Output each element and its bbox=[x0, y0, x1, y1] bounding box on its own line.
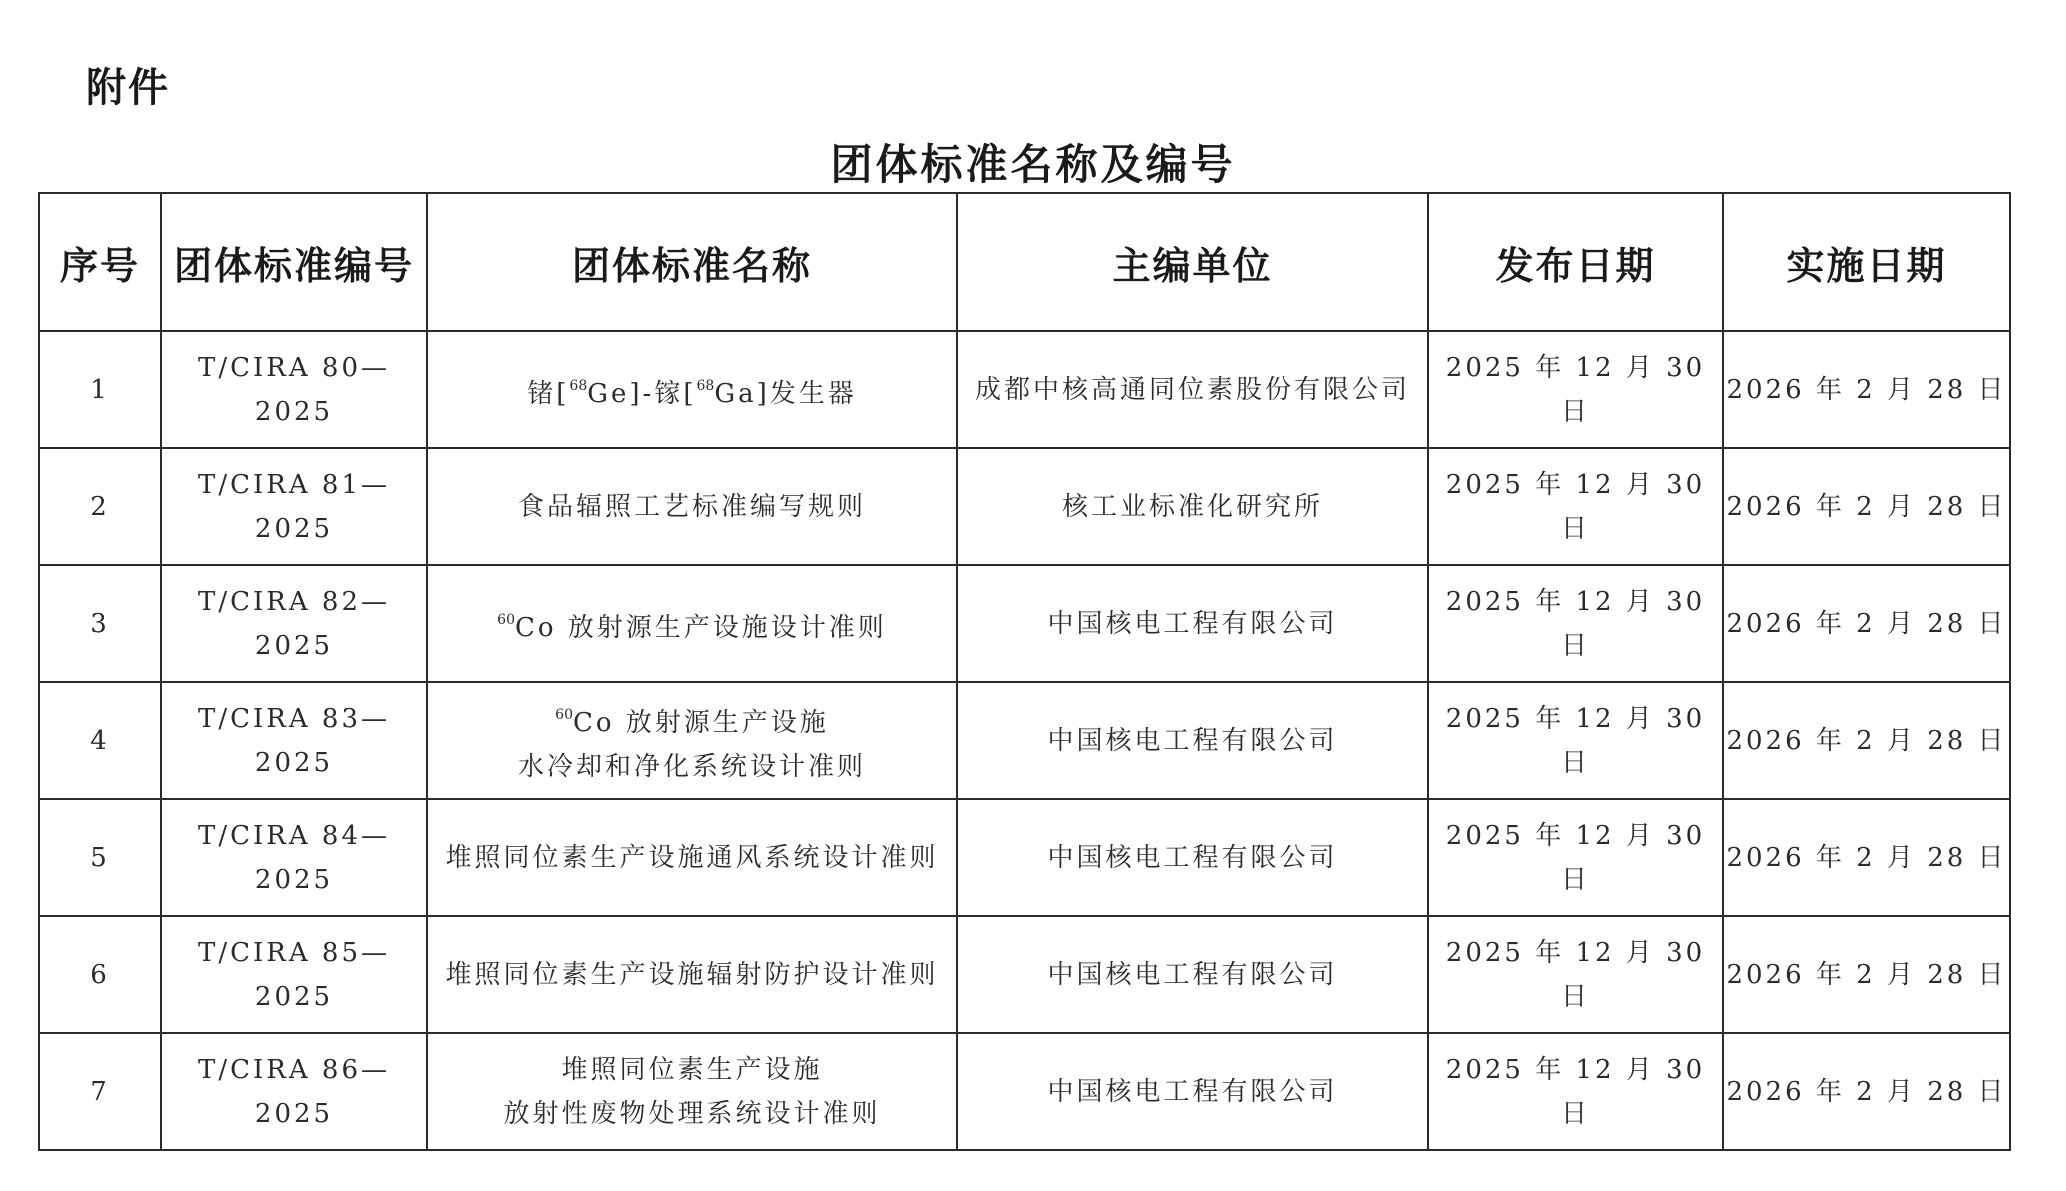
table-row: 4 T/CIRA 83—2025 60Co 放射源生产设施 水冷却和净化系统设计… bbox=[39, 682, 2010, 799]
cell-index: 4 bbox=[39, 682, 161, 799]
cell-organization: 中国核电工程有限公司 bbox=[957, 1033, 1428, 1150]
cell-organization: 中国核电工程有限公司 bbox=[957, 799, 1428, 916]
cell-standard-name: 60Co 放射源生产设施 水冷却和净化系统设计准则 bbox=[427, 682, 957, 799]
cell-organization: 成都中核高通同位素股份有限公司 bbox=[957, 331, 1428, 448]
cell-index: 5 bbox=[39, 799, 161, 916]
cell-publish-date: 2025 年 12 月 30 日 bbox=[1428, 565, 1723, 682]
cell-effective-date: 2026 年 2 月 28 日 bbox=[1723, 331, 2010, 448]
name-line-2: 水冷却和净化系统设计准则 bbox=[428, 745, 956, 789]
table-row: 7 T/CIRA 86—2025 堆照同位素生产设施 放射性废物处理系统设计准则… bbox=[39, 1033, 2010, 1150]
table-row: 6 T/CIRA 85—2025 堆照同位素生产设施辐射防护设计准则 中国核电工… bbox=[39, 916, 2010, 1033]
cell-standard-name: 堆照同位素生产设施辐射防护设计准则 bbox=[427, 916, 957, 1033]
cell-publish-date: 2025 年 12 月 30 日 bbox=[1428, 682, 1723, 799]
standards-table: 序号 团体标准编号 团体标准名称 主编单位 发布日期 实施日期 1 T/CIRA… bbox=[38, 192, 2011, 1151]
cell-effective-date: 2026 年 2 月 28 日 bbox=[1723, 1033, 2010, 1150]
cell-publish-date: 2025 年 12 月 30 日 bbox=[1428, 448, 1723, 565]
cell-index: 3 bbox=[39, 565, 161, 682]
cell-standard-code: T/CIRA 84—2025 bbox=[161, 799, 427, 916]
cell-publish-date: 2025 年 12 月 30 日 bbox=[1428, 1033, 1723, 1150]
name-text: Ge]-镓[ bbox=[587, 379, 696, 409]
document-title: 团体标准名称及编号 bbox=[0, 132, 2066, 192]
cell-standard-code: T/CIRA 81—2025 bbox=[161, 448, 427, 565]
cell-standard-code: T/CIRA 85—2025 bbox=[161, 916, 427, 1033]
cell-standard-code: T/CIRA 83—2025 bbox=[161, 682, 427, 799]
name-line-1: 堆照同位素生产设施 bbox=[428, 1048, 956, 1092]
isotope-mass-number: 68 bbox=[569, 378, 587, 394]
cell-publish-date: 2025 年 12 月 30 日 bbox=[1428, 799, 1723, 916]
cell-index: 1 bbox=[39, 331, 161, 448]
name-text: Ga]发生器 bbox=[714, 379, 856, 409]
header-publish-date: 发布日期 bbox=[1428, 193, 1723, 331]
cell-standard-code: T/CIRA 82—2025 bbox=[161, 565, 427, 682]
cell-index: 7 bbox=[39, 1033, 161, 1150]
cell-standard-name: 60Co 放射源生产设施设计准则 bbox=[427, 565, 957, 682]
attachment-label: 附件 bbox=[86, 56, 170, 113]
header-effective-date: 实施日期 bbox=[1723, 193, 2010, 331]
cell-standard-name: 堆照同位素生产设施通风系统设计准则 bbox=[427, 799, 957, 916]
cell-organization: 中国核电工程有限公司 bbox=[957, 682, 1428, 799]
cell-effective-date: 2026 年 2 月 28 日 bbox=[1723, 799, 2010, 916]
header-organization: 主编单位 bbox=[957, 193, 1428, 331]
table-row: 1 T/CIRA 80—2025 锗[68Ge]-镓[68Ga]发生器 成都中核… bbox=[39, 331, 2010, 448]
cell-index: 2 bbox=[39, 448, 161, 565]
table-row: 2 T/CIRA 81—2025 食品辐照工艺标准编写规则 核工业标准化研究所 … bbox=[39, 448, 2010, 565]
cell-standard-name: 堆照同位素生产设施 放射性废物处理系统设计准则 bbox=[427, 1033, 957, 1150]
cell-standard-code: T/CIRA 80—2025 bbox=[161, 331, 427, 448]
table-header-row: 序号 团体标准编号 团体标准名称 主编单位 发布日期 实施日期 bbox=[39, 193, 2010, 331]
isotope-mass-number: 68 bbox=[696, 378, 714, 394]
cell-effective-date: 2026 年 2 月 28 日 bbox=[1723, 682, 2010, 799]
name-text: 锗[ bbox=[527, 379, 569, 409]
cell-effective-date: 2026 年 2 月 28 日 bbox=[1723, 916, 2010, 1033]
cell-effective-date: 2026 年 2 月 28 日 bbox=[1723, 448, 2010, 565]
cell-organization: 中国核电工程有限公司 bbox=[957, 916, 1428, 1033]
header-index: 序号 bbox=[39, 193, 161, 331]
table-row: 3 T/CIRA 82—2025 60Co 放射源生产设施设计准则 中国核电工程… bbox=[39, 565, 2010, 682]
cell-organization: 中国核电工程有限公司 bbox=[957, 565, 1428, 682]
isotope-mass-number: 60 bbox=[555, 707, 573, 723]
cell-standard-code: T/CIRA 86—2025 bbox=[161, 1033, 427, 1150]
name-text: Co 放射源生产设施 bbox=[573, 708, 829, 738]
header-standard-name: 团体标准名称 bbox=[427, 193, 957, 331]
name-text: Co 放射源生产设施设计准则 bbox=[515, 613, 887, 643]
name-line-1: 60Co 放射源生产设施 bbox=[428, 693, 956, 745]
cell-organization: 核工业标准化研究所 bbox=[957, 448, 1428, 565]
cell-publish-date: 2025 年 12 月 30 日 bbox=[1428, 331, 1723, 448]
isotope-mass-number: 60 bbox=[497, 612, 515, 628]
cell-publish-date: 2025 年 12 月 30 日 bbox=[1428, 916, 1723, 1033]
cell-index: 6 bbox=[39, 916, 161, 1033]
cell-standard-name: 锗[68Ge]-镓[68Ga]发生器 bbox=[427, 331, 957, 448]
cell-standard-name: 食品辐照工艺标准编写规则 bbox=[427, 448, 957, 565]
cell-effective-date: 2026 年 2 月 28 日 bbox=[1723, 565, 2010, 682]
header-standard-code: 团体标准编号 bbox=[161, 193, 427, 331]
name-line-2: 放射性废物处理系统设计准则 bbox=[428, 1092, 956, 1136]
table-row: 5 T/CIRA 84—2025 堆照同位素生产设施通风系统设计准则 中国核电工… bbox=[39, 799, 2010, 916]
